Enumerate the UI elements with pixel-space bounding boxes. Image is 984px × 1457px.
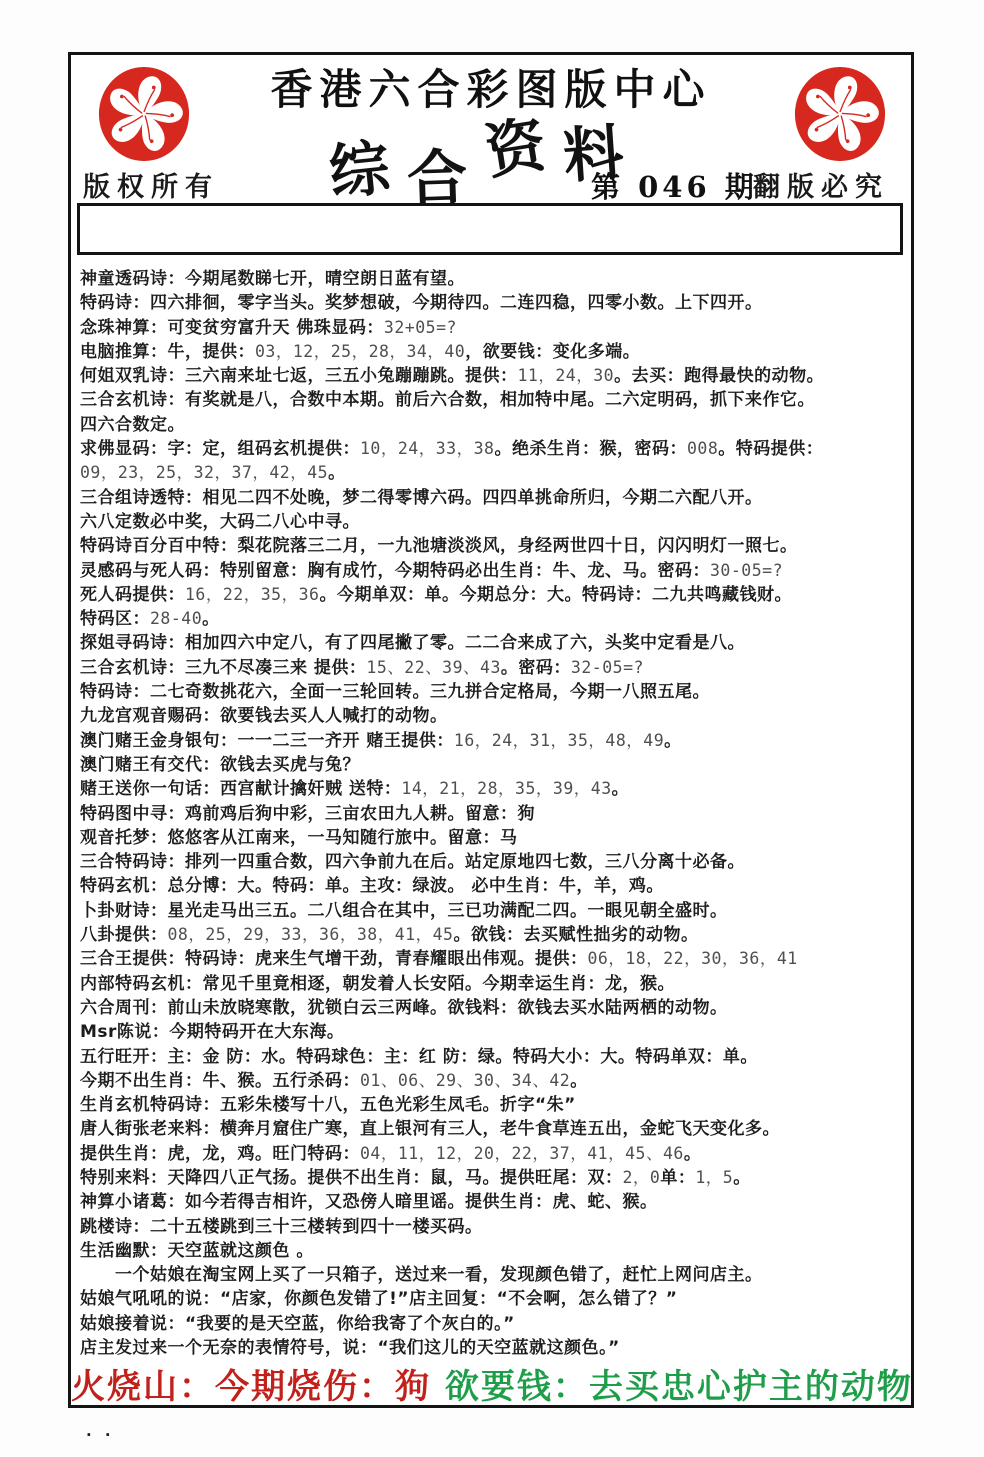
text-line: 观音托梦：悠悠客从江南来，一马知随行旅中。留意：马	[80, 826, 907, 850]
text-line: 今期不出生肖：牛、猴。五行杀码：01、06、29、30、34、42。	[80, 1069, 907, 1093]
text-line: 澳门赌王有交代：欲钱去买虎与兔？	[80, 753, 907, 777]
text-line: 三合王提供：特码诗：虎来生气增干劲，青春耀眼出伟观。提供：06，18，22，30…	[80, 947, 907, 971]
text-line: 电脑推算：牛，提供：03，12，25，28，34，40，欲要钱：变化多端。	[80, 340, 907, 364]
text-line: 求佛显码：字：定，组码玄机提供：10，24，33，38。绝杀生肖：猴，密码：00…	[80, 437, 907, 461]
copyright-stamp: 版权所有	[83, 165, 219, 204]
body-lines: 神童透码诗：今期尾数睇七开，晴空朗日蓝有望。特码诗：四六排徊，零字当头。奖梦想破…	[80, 267, 907, 1360]
text-line: 赌王送你一句话：西宫献计擒奸贼 送特：14，21，28，35，39，43。	[80, 777, 907, 801]
text-line: 念珠神算：可变贫穷富升天 佛珠显码：32+05=?	[80, 316, 907, 340]
text-line: 神算小诸葛：如今若得吉相许，又恐傍人暗里谣。提供生肖：虎、蛇、猴。	[80, 1190, 907, 1214]
text-line: 09，23，25，32，37，42，45。	[80, 461, 907, 485]
text-line: 特码诗：四六排徊，零字当头。奖梦想破，今期待四。二连四稳，四零小数。上下四开。	[80, 291, 907, 315]
text-line: 提供生肖：虎，龙，鸡。旺门特码：04，11，12，20，22，37，41，45、…	[80, 1142, 907, 1166]
text-line: 四六合数定。	[80, 413, 907, 437]
text-line: 探姐寻码诗：相加四六中定八，有了四尾撇了零。二二合来成了六，头奖中定看是八。	[80, 631, 907, 655]
text-line: 特别来料：天降四八正气扬。提供不出生肖：鼠，马。提供旺尾：双：2，0单：1，5。	[80, 1166, 907, 1190]
text-line: 何姐双乳诗：三六南来址七返，三五小兔蹦蹦跳。提供：11，24，30。去买：跑得最…	[80, 364, 907, 388]
text-line: 特码图中寻：鸡前鸡后狗中彩，三亩农田九人耕。留意：狗	[80, 802, 907, 826]
text-line: 灵感码与死人码：特别留意：胸有成竹，今期特码必出生肖：牛、龙、马。密码：30-0…	[80, 559, 907, 583]
text-line: 卜卦财诗：星光走马出三五。二八组合在其中，三已功满配二四。一眼见朝全盛时。	[80, 899, 907, 923]
issue-number: 第 046 期	[591, 165, 758, 206]
text-line: 八卦提供：08，25，29，33，36，38，41，45。欲钱：去买赋性拙劣的动…	[80, 923, 907, 947]
footer-highlight: 火烧山：今期烧伤：狗 欲要钱：去买忠心护主的动物	[71, 1359, 911, 1408]
notice-box	[77, 203, 903, 255]
text-line: 生活幽默：天空蓝就这颜色 。	[80, 1239, 907, 1263]
text-line: 内部特码玄机：常见千里竟相逐，朝发着人长安陌。今期幸运生肖：龙，猴。	[80, 972, 907, 996]
text-line: 六八定数必中奖，大码二八心中寻。	[80, 510, 907, 534]
text-line: 死人码提供：16，22，35，36。今期单双：单。今期总分：大。特码诗：二九共鸣…	[80, 583, 907, 607]
text-line: 三合特码诗：排列一四重合数，四六争前九在后。站定原地四七数，三八分离十必备。	[80, 850, 907, 874]
footer-segment: 欲要钱：去买忠心护主的动物	[445, 1367, 913, 1407]
text-line: 特码玄机：总分博：大。特码：单。主攻：绿波。 必中生肖：牛，羊，鸡。	[80, 874, 907, 898]
text-line: 三合玄机诗：三九不尽凑三来 提供：15、22、39、43。密码：32-05=?	[80, 656, 907, 680]
text-line: 店主发过来一个无奈的表情符号，说：“我们这儿的天空蓝就这颜色。”	[80, 1336, 907, 1360]
text-line: 三合组诗透特：相见二四不处晚，梦二得零博六码。四四单挑命所归，今期二六配八开。	[80, 486, 907, 510]
text-line: 澳门赌王金身银句：一一二三一齐开 赌王提供：16，24，31，35，48，49。	[80, 729, 907, 753]
text-line: 唐人街张老来料：横奔月窟住广寒，直上银河有三人，老牛食草连五出，金蛇飞天变化多。	[80, 1117, 907, 1141]
text-line: 生肖玄机特码诗：五彩朱楼写十八，五色光彩生凤毛。折字“朱”	[80, 1093, 907, 1117]
text-line: 特码诗：二七奇数挑花六，全面一三轮回转。三九拼合定格局，今期一八照五尾。	[80, 680, 907, 704]
text-line: 特码区：28-40。	[80, 607, 907, 631]
text-line: 五行旺开：主：金 防：水。特码球色：主：红 防：绿。特码大小：大。特码单双：单。	[80, 1045, 907, 1069]
text-line: Msr陈说：今期特码开在大东海。	[80, 1020, 907, 1044]
text-line: 跳楼诗：二十五楼跳到三十三楼转到四十一楼买码。	[80, 1215, 907, 1239]
text-line: 三合玄机诗：有奖就是八，合数中本期。前后六合数，相加特中尾。二六定明码，抓下来作…	[80, 388, 907, 412]
scanned-lottery-sheet: { "header": { "title": "香港六合彩图版中心", "sub…	[0, 0, 984, 1457]
document-border: 香港六合彩图版中心 综合资料 第 046 期 版权所有 翻版必究 神童透码诗：今…	[68, 52, 914, 1408]
text-line: 神童透码诗：今期尾数睇七开，晴空朗日蓝有望。	[80, 267, 907, 291]
text-line: 六合周刊：前山未放晓寒散，犹锁白云三两峰。欲钱料：欲钱去买水陆两栖的动物。	[80, 996, 907, 1020]
anti-piracy-stamp: 翻版必究	[753, 165, 889, 204]
text-line: 一个姑娘在淘宝网上买了一只箱子，送过来一看，发现颜色错了，赶忙上网问店主。	[80, 1263, 907, 1287]
text-line: 九龙宫观音赐码：欲要钱去买人人喊打的动物。	[80, 704, 907, 728]
text-line: 姑娘气吼吼的说：“店家，你颜色发错了!”店主回复：“不会啊，怎么错了？”	[80, 1287, 907, 1311]
page-subtitle: 综合资料	[329, 105, 623, 191]
footer-segment: 火烧山：今期烧伤：狗	[71, 1367, 445, 1407]
text-line: 特码诗百分百中特：梨花院落三二月，一九池塘淡淡风，身经两世四十日，闪闪明灯一照七…	[80, 534, 907, 558]
text-line: 姑娘接着说：“我要的是天空蓝，你给我寄了个灰白的。”	[80, 1312, 907, 1336]
page-dots: . .	[86, 1422, 115, 1440]
